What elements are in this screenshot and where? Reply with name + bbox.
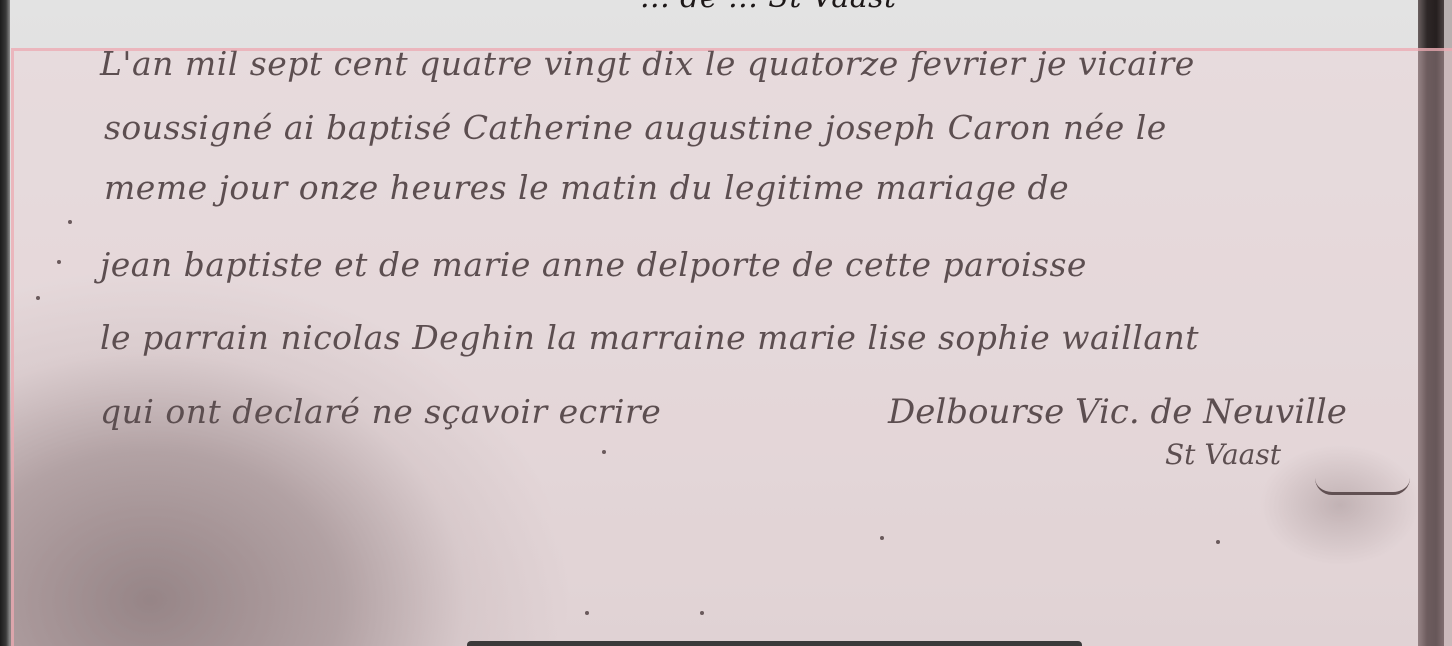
- selection-highlight-overlay[interactable]: [11, 48, 1452, 646]
- left-binding-edge: [0, 0, 10, 646]
- bottom-scrollbar[interactable]: [467, 641, 1082, 646]
- previous-entry-tail: ... de ... St Vaast: [640, 0, 897, 15]
